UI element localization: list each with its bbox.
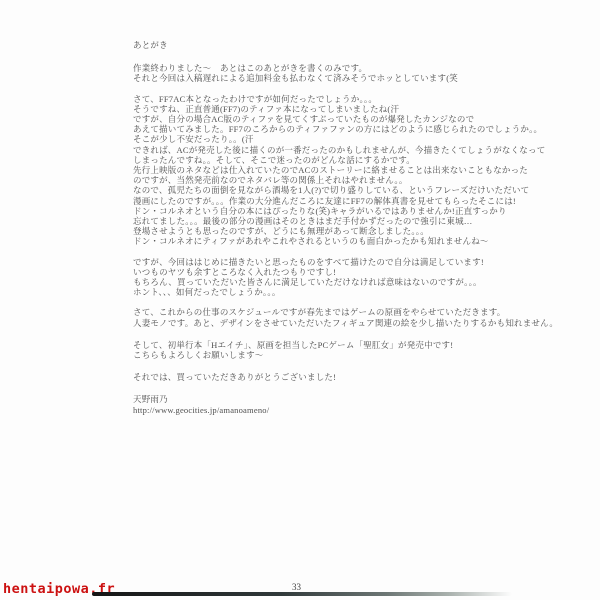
afterword-body: あとがき 作業終わりました～ あとはこのあとがきを書くのみです。 それと今回は入… [133, 40, 583, 415]
author-name: 天野雨乃 [133, 394, 583, 404]
text-line: それと今回は入稿遅れによる追加料金も払わなくて済みそうでホッとしています(笑 [133, 73, 583, 83]
paragraph-satisfaction: ですが、今回ははじめに描きたいと思ったものをすべて描けたので自分は満足しています… [133, 257, 583, 298]
text-line: こちらもよろしくお願いします～ [133, 350, 583, 360]
text-line: ドン・コルネオにティファがあれやこれやされるというのも面白かったかも知れませんね… [133, 236, 583, 246]
text-line: ですが、自分の場合AC版のティファを見てくすぶっていたものが爆発したカンジなので [133, 114, 583, 124]
paragraph-releases: そして、初単行本「Hエイチ」、原画を担当したPCゲーム「聖肛女」が発売中です! … [133, 340, 583, 360]
text-line: いつものヤツも余すところなく入れたつもりですし! [133, 267, 583, 277]
text-line: 人妻モノです。あと、デザインをさせていただいたフィギュア関連の絵を少し描いたりす… [133, 318, 583, 328]
text-line: ですが、今回ははじめに描きたいと思ったものをすべて描けたので自分は満足しています… [133, 257, 583, 267]
paragraph-thanks: それでは、買っていただきありがとうございました! [133, 372, 583, 382]
text-line: もちろん、買っていただいた皆さんに満足していただけなければ意味はないのですが。。… [133, 277, 583, 287]
text-line: さて、これからの仕事のスケジュールですが春先まではゲームの原画をやらせていただき… [133, 307, 583, 317]
author-url: http://www.geocities.jp/amanoameno/ [133, 405, 583, 415]
text-line: しまったんですね。。そして、そこで迷ったのがどんな話にするかです。 [133, 155, 583, 165]
text-line: 漫画にしたのですが。。。作業の大分進んだころに友達にFF7の解体真書を見せてもら… [133, 196, 583, 206]
page-number: 33 [292, 582, 301, 592]
paragraph-ff7ac: さて、FF7AC本となったわけですが如何だったでしょうか。。。 そうですね、正直… [133, 94, 583, 247]
paragraph-schedule: さて、これからの仕事のスケジュールですが春先まではゲームの原画をやらせていただき… [133, 307, 583, 327]
page-title: あとがき [133, 40, 583, 50]
text-line: ドン・コルネオという自分の本にはぴったりな(笑)キャラがいるではありませんか!正… [133, 206, 583, 216]
page-edge-line [92, 592, 512, 596]
text-line: のですが、当然発売前なのでネタバレ等の関係上それはやれません。。 [133, 175, 583, 185]
text-line: それでは、買っていただきありがとうございました! [133, 372, 583, 382]
text-line: 登場させようとも思ったのですが、どうにも無理があって断念しました。。。 [133, 226, 583, 236]
text-line: 忘れてました。。。最後の部分の漫画はそのときはまだ手付かずだったので強引に東城… [133, 216, 583, 226]
text-line: そして、初単行本「Hエイチ」、原画を担当したPCゲーム「聖肛女」が発売中です! [133, 340, 583, 350]
text-line: 作業終わりました～ あとはこのあとがきを書くのみです。 [133, 63, 583, 73]
signature-block: 天野雨乃 http://www.geocities.jp/amanoameno/ [133, 394, 583, 414]
text-line: 先行上映版のネタなどは仕入れていたのでACのストーリーに絡ませることは出来ないこ… [133, 165, 583, 175]
text-line: あえて描いてみました。FF7のころからのティファファンの方にはどのように感じられ… [133, 124, 583, 134]
text-line: なので、孤児たちの面倒を見ながら酒場を1人(?)で切り盛りしている、というフレー… [133, 185, 583, 195]
text-line: そうですね、正直普通(FF7)のティファ本になってしまいましたね(汗 [133, 104, 583, 114]
text-line: そこが少し不安だったり。。(汗 [133, 134, 583, 144]
text-line: できれば、ACが発売した後に描くのが一番だったのかもしれませんが、今描きたくてし… [133, 145, 583, 155]
text-line: ホント、、、如何だったでしょうか。。。 [133, 287, 583, 297]
text-line: さて、FF7AC本となったわけですが如何だったでしょうか。。。 [133, 94, 583, 104]
scanned-page: あとがき 作業終わりました～ あとはこのあとがきを書くのみです。 それと今回は入… [0, 0, 600, 600]
paragraph-intro: 作業終わりました～ あとはこのあとがきを書くのみです。 それと今回は入稿遅れによ… [133, 63, 583, 83]
